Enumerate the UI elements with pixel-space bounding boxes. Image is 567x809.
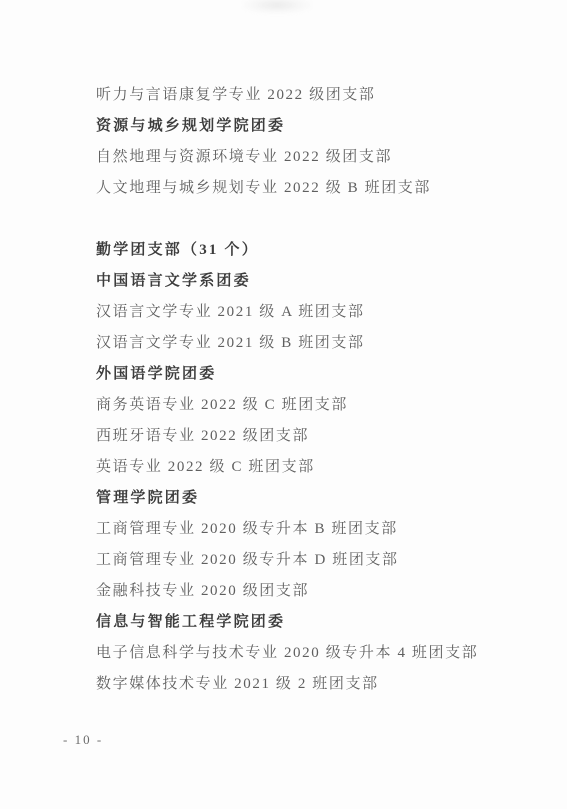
document-line: 金融科技专业 2020 级团支部	[96, 576, 547, 607]
document-line: 外国语学院团委	[96, 359, 547, 390]
document-line: 电子信息科学与技术专业 2020 级专升本 4 班团支部	[96, 638, 547, 669]
document-line: 勤学团支部（31 个）	[96, 235, 547, 266]
document-line: 中国语言文学系团委	[96, 266, 547, 297]
document-line: 英语专业 2022 级 C 班团支部	[96, 452, 547, 483]
document-line	[96, 204, 547, 235]
document-line: 数字媒体技术专业 2021 级 2 班团支部	[96, 669, 547, 700]
scan-artifact	[242, 0, 312, 14]
document-line: 自然地理与资源环境专业 2022 级团支部	[96, 142, 547, 173]
document-line: 管理学院团委	[96, 483, 547, 514]
document-line: 信息与智能工程学院团委	[96, 607, 547, 638]
document-line: 汉语言文学专业 2021 级 A 班团支部	[96, 297, 547, 328]
document-line: 听力与言语康复学专业 2022 级团支部	[96, 80, 547, 111]
document-line: 西班牙语专业 2022 级团支部	[96, 421, 547, 452]
document-line: 工商管理专业 2020 级专升本 B 班团支部	[96, 514, 547, 545]
document-page: 听力与言语康复学专业 2022 级团支部资源与城乡规划学院团委自然地理与资源环境…	[0, 0, 567, 809]
page-number: - 10 -	[63, 731, 103, 749]
document-body: 听力与言语康复学专业 2022 级团支部资源与城乡规划学院团委自然地理与资源环境…	[96, 80, 547, 700]
document-line: 资源与城乡规划学院团委	[96, 111, 547, 142]
document-line: 人文地理与城乡规划专业 2022 级 B 班团支部	[96, 173, 547, 204]
document-line: 工商管理专业 2020 级专升本 D 班团支部	[96, 545, 547, 576]
document-line: 商务英语专业 2022 级 C 班团支部	[96, 390, 547, 421]
document-line: 汉语言文学专业 2021 级 B 班团支部	[96, 328, 547, 359]
